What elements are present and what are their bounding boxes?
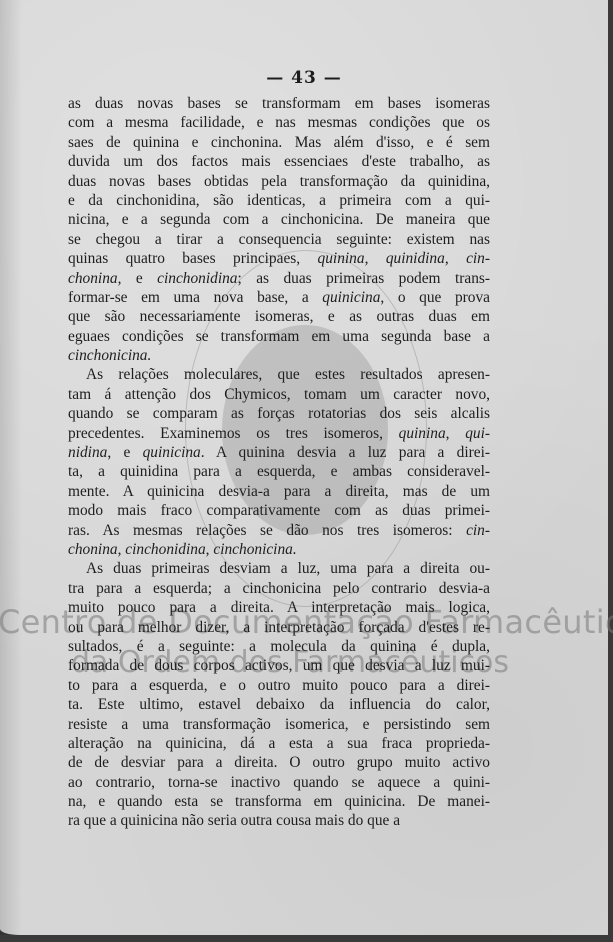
text-line: ras. As mesmas relações se dão nos tres …: [68, 521, 490, 540]
italic-term: quinicina: [322, 289, 380, 306]
text-line: quando se comparam as forças rotatorias …: [68, 404, 490, 423]
italic-term: cinchonicina.: [68, 347, 151, 364]
text-line: se chegou a tirar a consequencia seguint…: [68, 230, 490, 249]
text-line: As relações moleculares, que estes resul…: [68, 365, 490, 384]
text-line: nidina, e quinicina. A quinina desvia a …: [68, 443, 490, 462]
text-run: ta. Este ultimo, estavel debaixo da infl…: [68, 696, 490, 713]
text-run: nicina, e a segunda com a cinchonicina. …: [68, 211, 490, 228]
text-run: ras. As mesmas relações se dão nos tres …: [68, 522, 466, 539]
text-run: sultados, é a seguinte: a molecula da qu…: [68, 638, 490, 655]
paragraph: As relações moleculares, que estes resul…: [68, 365, 490, 559]
text-line: modo mais fraco comparativamente com as …: [68, 501, 490, 520]
text-line: ao contrario, torna-se inactivo quando s…: [68, 773, 490, 792]
text-line: ra que a quinicina não seria outra cousa…: [68, 811, 490, 830]
text-line: formada de dous corpos activos, um que d…: [68, 656, 490, 675]
text-run: . A quinina desvia a luz para a direi-: [201, 444, 490, 461]
page-number: — 43 —: [0, 68, 608, 88]
italic-term: cinchonidina: [157, 270, 237, 287]
text-line: que são necessariamente isomeras, e as o…: [68, 307, 490, 326]
text-run: quando se comparam as forças rotatorias …: [68, 405, 490, 422]
text-run: as duas novas bases se transformam em ba…: [68, 95, 490, 112]
italic-term: quinina: [399, 425, 446, 442]
text-line: e da cinchonidina, são identicas, a prim…: [68, 191, 490, 210]
text-run: ra que a quinicina não seria outra cousa…: [68, 812, 400, 829]
text-run: ,: [445, 250, 466, 267]
text-run: e da cinchonidina, são identicas, a prim…: [68, 192, 490, 209]
text-line: tam á attenção dos Chymicos, tomam um ca…: [68, 385, 490, 404]
text-run: , e: [107, 444, 142, 461]
text-run: que são necessariamente isomeras, e as o…: [68, 308, 490, 325]
text-run: As duas primeiras desviam a luz, uma par…: [86, 560, 490, 577]
text-run: com a mesma facilidade, e nas mesmas con…: [68, 114, 490, 131]
italic-term: cin-: [466, 522, 490, 539]
italic-term: qui-: [465, 425, 490, 442]
text-line: sultados, é a seguinte: a molecula da qu…: [68, 637, 490, 656]
text-line: ta. Este ultimo, estavel debaixo da infl…: [68, 695, 490, 714]
italic-term: nidina: [68, 444, 107, 461]
text-line: muito pouco para a direita. A interpreta…: [68, 598, 490, 617]
italic-term: cin-: [466, 250, 490, 267]
text-line: eguaes condições se transformam em uma s…: [68, 327, 490, 346]
text-line: formar-se em uma nova base, a quinicina,…: [68, 288, 490, 307]
text-line: ou para melhor dizer, a interpretação fo…: [68, 618, 490, 637]
text-run: formada de dous corpos activos, um que d…: [68, 657, 490, 674]
text-line: to para a esquerda, e o outro muito pouc…: [68, 676, 490, 695]
text-run: modo mais fraco comparativamente com as …: [68, 502, 490, 519]
text-line: na, e quando esta se transforma em quini…: [68, 792, 490, 811]
text-run: muito pouco para a direita. A interpreta…: [68, 599, 490, 616]
text-run: quinas quatro bases principaes,: [68, 250, 318, 267]
text-run: eguaes condições se transformam em uma s…: [68, 328, 490, 345]
italic-term: quinina: [318, 250, 365, 267]
italic-term: cinchonidina: [125, 541, 205, 558]
text-line: cinchonicina.: [68, 346, 490, 365]
text-run: ao contrario, torna-se inactivo quando s…: [68, 774, 490, 791]
text-run: duas novas bases obtidas pela transforma…: [68, 173, 490, 190]
italic-term: chonina: [68, 541, 118, 558]
text-run: ; as duas primeiras podem trans-: [238, 270, 491, 287]
text-line: resiste a uma transformação isomerica, e…: [68, 715, 490, 734]
text-line: as duas novas bases se transformam em ba…: [68, 94, 490, 113]
text-run: alteração na quinicina, dá a esta a sua …: [68, 735, 490, 752]
text-run: tam á attenção dos Chymicos, tomam um ca…: [68, 386, 490, 403]
text-run: na, e quando esta se transforma em quini…: [68, 793, 490, 810]
italic-term: chonina: [68, 270, 118, 287]
paragraph: As duas primeiras desviam a luz, uma par…: [68, 559, 490, 830]
paragraph: as duas novas bases se transformam em ba…: [68, 94, 490, 365]
text-line: precedentes. Examinemos os tres isomeros…: [68, 424, 490, 443]
text-line: duas novas bases obtidas pela transforma…: [68, 172, 490, 191]
text-run: ou para melhor dizer, a interpretação fo…: [68, 619, 490, 636]
text-run: mente. A quinicina desvia-a para a direi…: [68, 483, 490, 500]
text-run: de de desviar para a direita. O outro gr…: [68, 754, 490, 771]
scanned-page: Centro de Documentação Farmacêutica da O…: [0, 0, 608, 935]
italic-term: cinchonicina.: [213, 541, 296, 558]
text-run: tra para a esquerda; a cinchonicina pelo…: [68, 580, 490, 597]
text-run: resiste a uma transformação isomerica, e…: [68, 716, 490, 733]
text-run: , o que prova: [380, 289, 490, 306]
text-run: to para a esquerda, e o outro muito pouc…: [68, 677, 490, 694]
text-run: , e: [118, 270, 158, 287]
text-line: ta, a quinidina para a esquerda, e ambas…: [68, 462, 490, 481]
text-line: duvida um dos factos mais essenciaes d'e…: [68, 152, 490, 171]
text-line: chonina, cinchonidina, cinchonicina.: [68, 540, 490, 559]
text-line: alteração na quinicina, dá a esta a sua …: [68, 734, 490, 753]
text-line: quinas quatro bases principaes, quinina,…: [68, 249, 490, 268]
text-line: saes de quinina e cinchonina. Mas além d…: [68, 133, 490, 152]
text-run: ,: [446, 425, 466, 442]
italic-term: quinidina: [386, 250, 445, 267]
text-run: saes de quinina e cinchonina. Mas além d…: [68, 134, 490, 151]
body-text: as duas novas bases se transformam em ba…: [68, 94, 490, 831]
text-line: As duas primeiras desviam a luz, uma par…: [68, 559, 490, 578]
text-run: As relações moleculares, que estes resul…: [86, 366, 490, 383]
text-line: de de desviar para a direita. O outro gr…: [68, 753, 490, 772]
text-run: formar-se em uma nova base, a: [68, 289, 322, 306]
italic-term: quinicina: [143, 444, 201, 461]
text-run: duvida um dos factos mais essenciaes d'e…: [68, 153, 490, 170]
text-line: mente. A quinicina desvia-a para a direi…: [68, 482, 490, 501]
text-run: ta, a quinidina para a esquerda, e ambas…: [68, 463, 490, 480]
text-run: se chegou a tirar a consequencia seguint…: [68, 231, 490, 248]
text-run: precedentes. Examinemos os tres isomeros…: [68, 425, 399, 442]
text-line: nicina, e a segunda com a cinchonicina. …: [68, 210, 490, 229]
text-line: com a mesma facilidade, e nas mesmas con…: [68, 113, 490, 132]
text-line: tra para a esquerda; a cinchonicina pelo…: [68, 579, 490, 598]
text-line: chonina, e cinchonidina; as duas primeir…: [68, 269, 490, 288]
text-run: ,: [365, 250, 386, 267]
